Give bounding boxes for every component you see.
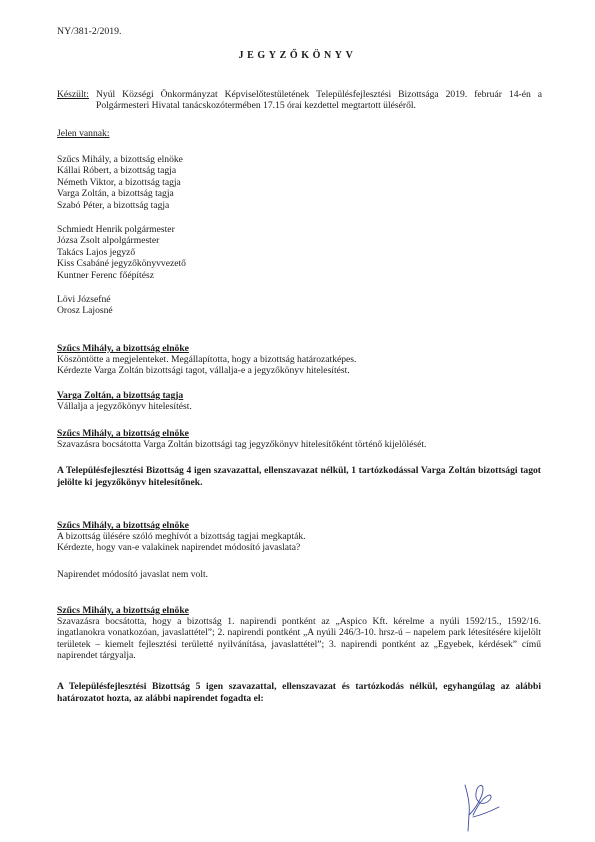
list-item: Kiss Csabáné jegyzőkönyvvezető (57, 258, 186, 269)
list-item: Orosz Lajosné (57, 305, 113, 316)
signature-icon (455, 775, 515, 835)
list-item: Szabó Péter, a bizottság tagja (57, 200, 183, 211)
list-item: Németh Viktor, a bizottság tagja (57, 177, 183, 188)
speaker-heading: Szűcs Mihály, a bizottság elnöke (57, 605, 541, 616)
paragraph-line: Vállalja a jegyzőkönyv hitelesítést. (57, 401, 541, 412)
document-page: NY/381-2/2019. JEGYZŐKÖNYV Készült: Nyúl… (0, 0, 595, 842)
speaker-heading: Szűcs Mihály, a bizottság elnöke (57, 428, 541, 439)
paragraph-line: Köszöntötte a megjelenteket. Megállapíto… (57, 354, 541, 365)
list-item: Szűcs Mihály, a bizottság elnöke (57, 154, 183, 165)
speaker-heading: Szűcs Mihály, a bizottság elnöke (57, 520, 541, 531)
list-item: Kuntner Ferenc főépítész (57, 270, 186, 281)
document-title: JEGYZŐKÖNYV (0, 50, 595, 61)
prepared-label: Készült: (57, 89, 89, 100)
no-amendment-text: Napirendet módosító javaslat nem volt. (57, 569, 208, 580)
paragraph-text: Szavazásra bocsátotta, hogy a bizottság … (57, 616, 541, 661)
list-item: Varga Zoltán, a bizottság tagja (57, 188, 183, 199)
paragraph-line: Kérdezte, hogy van-e valakinek napirende… (57, 542, 541, 553)
section-chair-agenda-vote: Szűcs Mihály, a bizottság elnöke Szavazá… (57, 605, 541, 661)
present-label: Jelen vannak: (57, 128, 109, 139)
officials-list: Schmiedt Henrik polgármester Józsa Zsolt… (57, 224, 186, 281)
section-chair-vote-call: Szűcs Mihály, a bizottság elnöke Szavazá… (57, 428, 541, 450)
paragraph-line: Szavazásra bocsátotta Varga Zoltán bizot… (57, 439, 541, 450)
paragraph-line: A bizottság ülésére szóló meghívót a biz… (57, 531, 541, 542)
prepared-text: Nyúl Községi Önkormányzat Képviselőtestü… (96, 89, 542, 112)
speaker-heading: Varga Zoltán, a bizottság tagja (57, 390, 541, 401)
section-chair-opening: Szűcs Mihály, a bizottság elnöke Köszönt… (57, 343, 541, 377)
resolution-authenticator: A Településfejlesztési Bizottság 4 igen … (57, 465, 541, 489)
document-reference-number: NY/381-2/2019. (57, 26, 122, 37)
resolution-agenda: A Településfejlesztési Bizottság 5 igen … (57, 681, 541, 705)
guests-list: Lövi Józsefné Orosz Lajosné (57, 294, 113, 317)
committee-members-list: Szűcs Mihály, a bizottság elnöke Kállai … (57, 154, 183, 211)
list-item: Kállai Róbert, a bizottság tagja (57, 165, 183, 176)
list-item: Schmiedt Henrik polgármester (57, 224, 186, 235)
paragraph-line: Kérdezte Varga Zoltán bizottsági tagot, … (57, 365, 541, 376)
list-item: Takács Lajos jegyző (57, 247, 186, 258)
list-item: Lövi Józsefné (57, 294, 113, 305)
section-member-response: Varga Zoltán, a bizottság tagja Vállalja… (57, 390, 541, 412)
speaker-heading: Szűcs Mihály, a bizottság elnöke (57, 343, 541, 354)
list-item: Józsa Zsolt alpolgármester (57, 235, 186, 246)
section-chair-agenda: Szűcs Mihály, a bizottság elnöke A bizot… (57, 520, 541, 554)
